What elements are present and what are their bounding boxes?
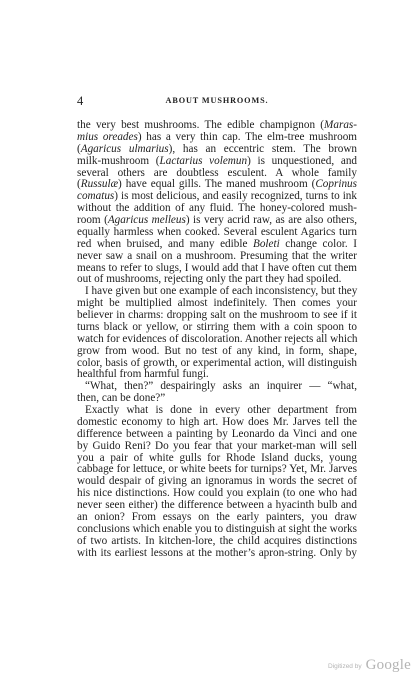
text-run: never saw a snail on a mushroom. Presumi… bbox=[77, 250, 357, 262]
text-run: milk-mushroom ( bbox=[77, 155, 160, 167]
text-run: equally harmless when cooked. Several es… bbox=[77, 226, 357, 238]
italic-term: mius oreades bbox=[77, 131, 138, 143]
text-run: change color. I bbox=[280, 238, 357, 250]
text-run: then, can be done?” bbox=[77, 392, 165, 404]
text-run: several others are doubtless esculent. A… bbox=[77, 167, 357, 179]
watermark-prefix: Digitized by bbox=[328, 663, 362, 670]
text-run: never seen either) the difference betwee… bbox=[77, 499, 357, 511]
italic-term: Boleti bbox=[253, 238, 280, 250]
book-page: 4 ABOUT MUSHROOMS. the very best mushroo… bbox=[0, 0, 420, 683]
running-title: ABOUT MUSHROOMS. bbox=[77, 95, 357, 107]
text-run: an onion? From essays on the early paint… bbox=[77, 511, 357, 523]
italic-term: Russulæ bbox=[81, 178, 118, 190]
text-run: red when bruised, and many edible bbox=[77, 238, 253, 250]
text-run: turns black or yellow, or stirring them … bbox=[77, 321, 357, 333]
text-run: you a pair of white gulls for Rhode Isla… bbox=[77, 452, 357, 464]
text-run: “What, then?” despairingly asks an inqui… bbox=[85, 380, 357, 392]
text-run: the very best mushrooms. The edible cham… bbox=[77, 119, 324, 131]
text-run: ) is unquestioned, and bbox=[247, 155, 357, 167]
text-run: would despair of giving an ignoramus in … bbox=[77, 475, 357, 487]
text-run: Exactly what is done in every other depa… bbox=[85, 404, 357, 416]
text-run: difference between a painting by Leonard… bbox=[77, 428, 357, 440]
digitized-watermark: Digitized by Google bbox=[328, 656, 411, 674]
italic-term: Maras- bbox=[324, 119, 357, 131]
text-run: ) is most delicious, and easily recogniz… bbox=[114, 190, 357, 202]
text-line: with its earliest lessons at the mother’… bbox=[77, 548, 357, 560]
text-run: I have given but one example of each inc… bbox=[85, 285, 357, 297]
text-run: healthful from harmful fungi. bbox=[77, 368, 209, 380]
text-run: ) is very acrid raw, as are also others, bbox=[186, 214, 357, 226]
text-run: ), has an eccentric stem. The brown bbox=[169, 143, 357, 155]
text-run: room ( bbox=[77, 214, 108, 226]
text-run: grow from wood. But no test of any kind,… bbox=[77, 345, 357, 357]
text-run: by Guido Reni? Do you fear that your mar… bbox=[77, 440, 357, 452]
text-run: domestic economy to high art. How does M… bbox=[77, 416, 357, 428]
google-logo: Google bbox=[366, 657, 411, 673]
italic-term: Agaricus ulmarius bbox=[81, 143, 169, 155]
text-run: without the addition of any fluid. The h… bbox=[77, 202, 357, 214]
italic-term: comatus bbox=[77, 190, 114, 202]
text-run: of two artists. In kitchen-lore, the chi… bbox=[77, 535, 357, 547]
body-text: the very best mushrooms. The edible cham… bbox=[77, 120, 357, 559]
text-run: might be multiplied almost indefinitely.… bbox=[77, 297, 357, 309]
text-run: out of mushrooms, rejecting only the par… bbox=[77, 273, 341, 285]
running-head: 4 ABOUT MUSHROOMS. bbox=[77, 94, 357, 108]
text-run: believer in charms: dropping salt on the… bbox=[77, 309, 357, 321]
text-run: with its earliest lessons at the mother’… bbox=[77, 547, 357, 559]
text-run: ) have equal gills. The maned mushroom ( bbox=[118, 178, 315, 190]
text-run: color, basis of growth, or experimental … bbox=[77, 357, 357, 369]
italic-term: Coprinus bbox=[315, 178, 357, 190]
text-run: means to refer to slugs, I would add tha… bbox=[77, 262, 357, 274]
text-run: cabbage for lettuce, or white beets for … bbox=[77, 463, 357, 475]
text-run: conclusions which enable you to distingu… bbox=[77, 523, 357, 535]
italic-term: Lactarius volemun bbox=[160, 155, 248, 167]
text-run: his nice distinctions. How could you exp… bbox=[77, 487, 357, 499]
text-run: ) has a very thin cap. The elm-tree mush… bbox=[138, 131, 357, 143]
italic-term: Agaricus melleus bbox=[108, 214, 186, 226]
text-run: watch for evidences of discoloration. An… bbox=[77, 333, 358, 345]
